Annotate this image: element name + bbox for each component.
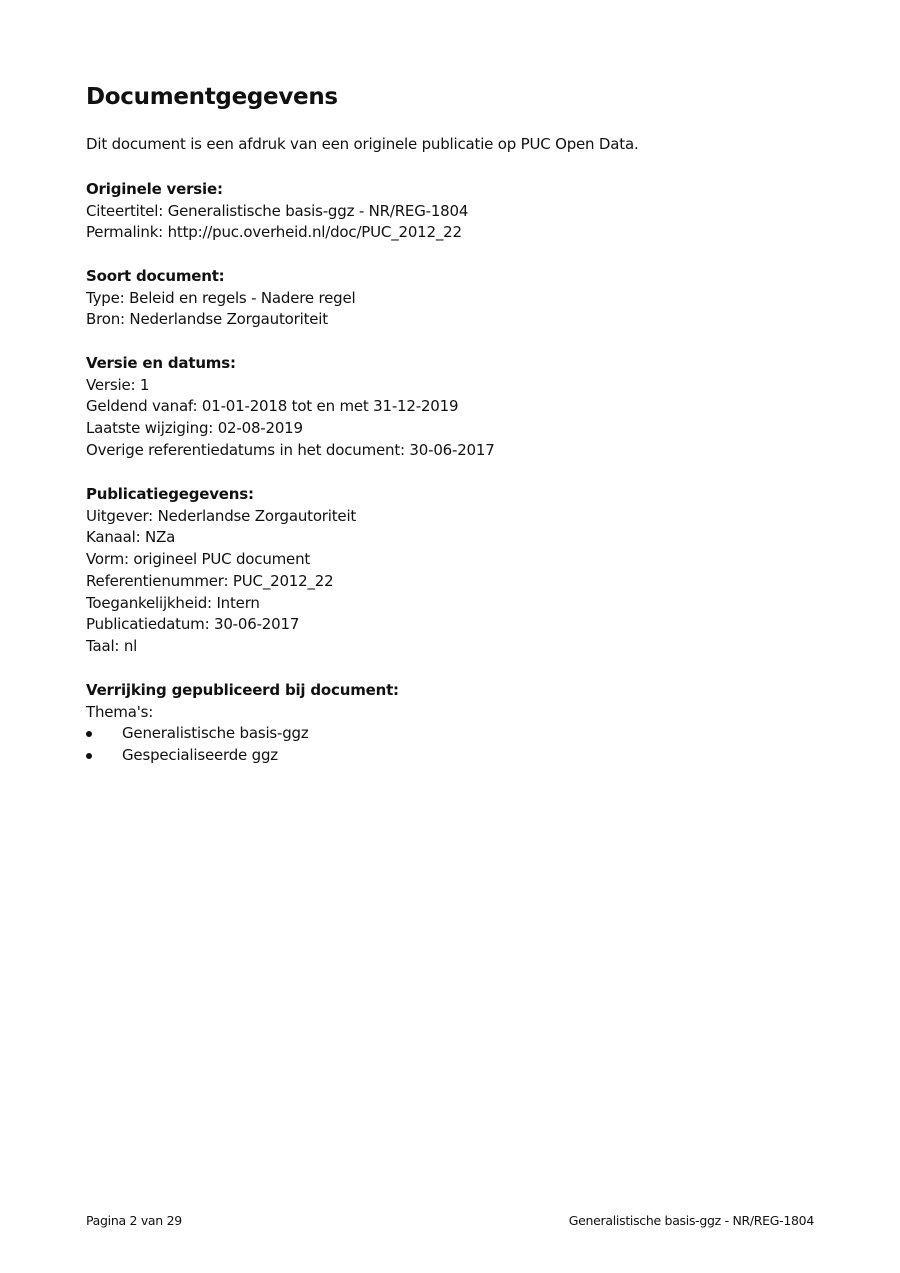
footer-document-title: Generalistische basis-ggz - NR/REG-1804: [569, 1213, 814, 1228]
permalink-line[interactable]: Permalink: http://puc.overheid.nl/doc/PU…: [86, 222, 468, 244]
referentienummer-line: Referentienummer: PUC_2012_22: [86, 571, 356, 593]
section-heading: Verrijking gepubliceerd bij document:: [86, 680, 399, 702]
section-publicatiegegevens: Publicatiegegevens: Uitgever: Nederlands…: [86, 484, 356, 658]
geldend-line: Geldend vanaf: 01-01-2018 tot en met 31-…: [86, 396, 495, 418]
versie-line: Versie: 1: [86, 375, 495, 397]
vorm-line: Vorm: origineel PUC document: [86, 549, 356, 571]
page-number: Pagina 2 van 29: [86, 1213, 182, 1228]
uitgever-line: Uitgever: Nederlandse Zorgautoriteit: [86, 506, 356, 528]
type-line: Type: Beleid en regels - Nadere regel: [86, 288, 355, 310]
list-item-label: Gespecialiseerde ggz: [122, 746, 278, 764]
section-verrijking: Verrijking gepubliceerd bij document: Th…: [86, 680, 399, 767]
laatste-wijziging-line: Laatste wijziging: 02-08-2019: [86, 418, 495, 440]
section-versie-en-datums: Versie en datums: Versie: 1 Geldend vana…: [86, 353, 495, 462]
section-heading: Versie en datums:: [86, 353, 495, 375]
kanaal-line: Kanaal: NZa: [86, 527, 356, 549]
themas-label: Thema's:: [86, 702, 399, 724]
section-heading: Originele versie:: [86, 179, 468, 201]
section-originele-versie: Originele versie: Citeertitel: Generalis…: [86, 179, 468, 244]
publicatiedatum-line: Publicatiedatum: 30-06-2017: [86, 614, 356, 636]
bullet-icon: [86, 731, 92, 737]
page-title: Documentgegevens: [86, 84, 338, 110]
toegankelijkheid-line: Toegankelijkheid: Intern: [86, 593, 356, 615]
bron-line: Bron: Nederlandse Zorgautoriteit: [86, 309, 355, 331]
bullet-icon: [86, 753, 92, 759]
section-heading: Publicatiegegevens:: [86, 484, 356, 506]
section-heading: Soort document:: [86, 266, 355, 288]
list-item: Gespecialiseerde ggz: [86, 745, 399, 767]
list-item: Generalistische basis-ggz: [86, 723, 399, 745]
taal-line: Taal: nl: [86, 636, 356, 658]
intro-text: Dit document is een afdruk van een origi…: [86, 135, 639, 153]
list-item-label: Generalistische basis-ggz: [122, 724, 309, 742]
citeertitel-line: Citeertitel: Generalistische basis-ggz -…: [86, 201, 468, 223]
referentiedatums-line: Overige referentiedatums in het document…: [86, 440, 495, 462]
themas-list: Generalistische basis-ggz Gespecialiseer…: [86, 723, 399, 766]
section-soort-document: Soort document: Type: Beleid en regels -…: [86, 266, 355, 331]
